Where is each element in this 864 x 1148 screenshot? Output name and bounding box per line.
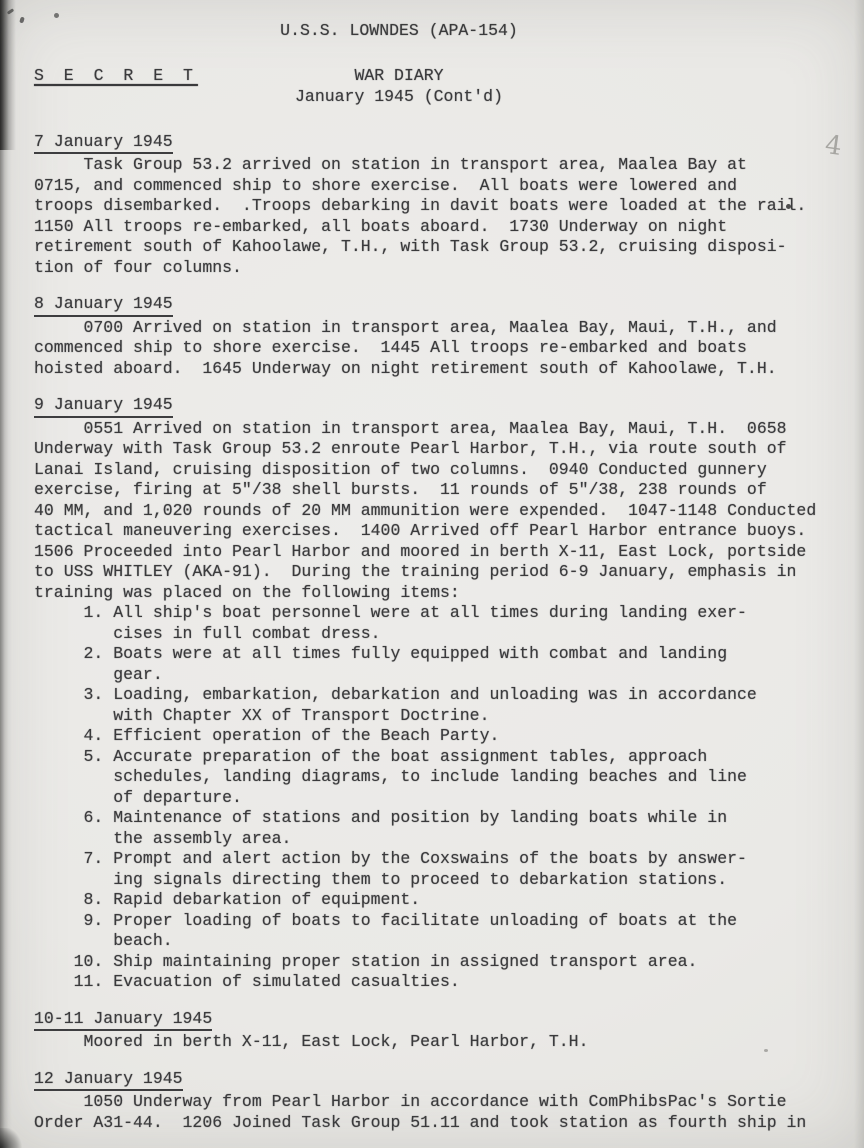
list-item-line: the assembly area. <box>34 829 850 850</box>
paragraph-line: Task Group 53.2 arrived on station in tr… <box>34 155 850 176</box>
ship-title: U.S.S. LOWNDES (APA-154) <box>34 21 764 42</box>
paragraph-line: 1150 All troops re-embarked, all boats a… <box>34 217 850 238</box>
entry-date-heading: 10-11 January 1945 <box>34 1009 212 1032</box>
paragraph-line: Moored in berth X-11, East Lock, Pearl H… <box>34 1032 850 1053</box>
paragraph-line: to USS WHITLEY (AKA-91). During the trai… <box>34 562 850 583</box>
list-item-line: 1. All ship's boat personnel were at all… <box>34 603 850 624</box>
paragraph-line: exercise, firing at 5"/38 shell bursts. … <box>34 480 850 501</box>
paragraph-line: 0715, and commenced ship to shore exerci… <box>34 176 850 197</box>
list-item-line: 8. Rapid debarkation of equipment. <box>34 890 850 911</box>
paragraph-line: tactical maneuvering exercises. 1400 Arr… <box>34 521 850 542</box>
list-item-line: 6. Maintenance of stations and position … <box>34 808 850 829</box>
list-item-line: ing signals directing them to proceed to… <box>34 870 850 891</box>
list-item-line: 10. Ship maintaining proper station in a… <box>34 952 850 973</box>
entries: 7 January 1945 Task Group 53.2 arrived o… <box>34 132 850 1134</box>
doc-subtitle: January 1945 (Cont'd) <box>34 87 764 108</box>
header-second-line: S E C R E T WAR DIARY <box>34 66 764 87</box>
paragraph-line: Underway with Task Group 53.2 enroute Pe… <box>34 439 850 460</box>
paragraph-line: 1506 Proceeded into Pearl Harbor and moo… <box>34 542 850 563</box>
paragraph-line: 1050 Underway from Pearl Harbor in accor… <box>34 1092 850 1113</box>
paragraph-line: Order A31-44. 1206 Joined Task Group 51.… <box>34 1113 850 1134</box>
war-diary-page: U.S.S. LOWNDES (APA-154) S E C R E T WAR… <box>0 0 864 1148</box>
paragraph-line: Lanai Island, cruising disposition of tw… <box>34 460 850 481</box>
paragraph-line: 40 MM, and 1,020 rounds of 20 MM ammunit… <box>34 501 850 522</box>
paragraph-line: troops disembarked. .Troops debarking in… <box>34 196 850 217</box>
list-item-line: with Chapter XX of Transport Doctrine. <box>34 706 850 727</box>
diary-entry: 9 January 1945 0551 Arrived on station i… <box>34 395 850 993</box>
list-item-line: 7. Prompt and alert action by the Coxswa… <box>34 849 850 870</box>
entry-date-heading: 9 January 1945 <box>34 395 173 418</box>
list-item-line: 5. Accurate preparation of the boat assi… <box>34 747 850 768</box>
list-item-line: of departure. <box>34 788 850 809</box>
paragraph-line: commenced ship to shore exercise. 1445 A… <box>34 338 850 359</box>
list-item-line: schedules, landing diagrams, to include … <box>34 767 850 788</box>
doc-title: WAR DIARY <box>34 66 764 87</box>
list-item-line: 3. Loading, embarkation, debarkation and… <box>34 685 850 706</box>
list-item-line: 9. Proper loading of boats to facilitate… <box>34 911 850 932</box>
diary-entry: 7 January 1945 Task Group 53.2 arrived o… <box>34 132 850 279</box>
list-item-line: 2. Boats were at all times fully equippe… <box>34 644 850 665</box>
entry-date-heading: 12 January 1945 <box>34 1069 183 1092</box>
diary-entry: 8 January 1945 0700 Arrived on station i… <box>34 294 850 379</box>
document-header: U.S.S. LOWNDES (APA-154) S E C R E T WAR… <box>34 21 764 108</box>
document-content: U.S.S. LOWNDES (APA-154) S E C R E T WAR… <box>0 0 864 1133</box>
diary-entry: 10-11 January 1945 Moored in berth X-11,… <box>34 1009 850 1053</box>
paragraph-line: hoisted aboard. 1645 Underway on night r… <box>34 359 850 380</box>
paragraph-line: 0551 Arrived on station in transport are… <box>34 419 850 440</box>
entry-date-heading: 7 January 1945 <box>34 132 173 155</box>
paragraph-line: tion of four columns. <box>34 258 850 279</box>
paragraph-line: 0700 Arrived on station in transport are… <box>34 318 850 339</box>
list-item-line: 11. Evacuation of simulated casualties. <box>34 972 850 993</box>
list-item-line: 4. Efficient operation of the Beach Part… <box>34 726 850 747</box>
list-item-line: gear. <box>34 665 850 686</box>
list-item-line: beach. <box>34 931 850 952</box>
entry-date-heading: 8 January 1945 <box>34 294 173 317</box>
diary-entry: 12 January 1945 1050 Underway from Pearl… <box>34 1069 850 1134</box>
list-item-line: cises in full combat dress. <box>34 624 850 645</box>
paragraph-line: training was placed on the following ite… <box>34 583 850 604</box>
paragraph-line: retirement south of Kahoolawe, T.H., wit… <box>34 237 850 258</box>
